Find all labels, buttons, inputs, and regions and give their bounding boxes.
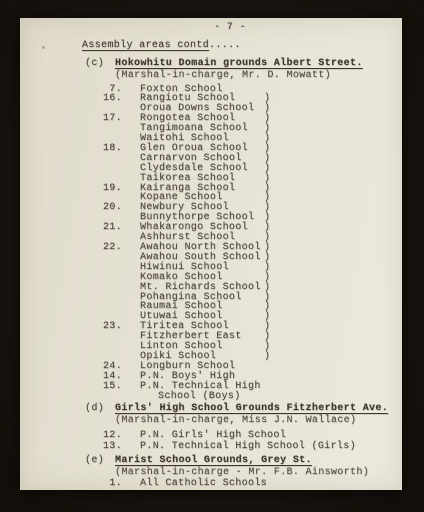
school-row: Komako School) [20, 272, 402, 282]
school-list: 12.P.N. Girls' High School13.P.N. Techni… [20, 430, 402, 452]
heading-trailing-dots: ..... [209, 40, 241, 51]
row-number: 12. [20, 430, 122, 441]
school-name: All Catholic Schools [140, 478, 267, 489]
heading-underlined-text: Assembly areas contd [82, 40, 209, 51]
school-row: Taikorea School) [20, 173, 402, 183]
school-row: 20.Newbury School) [20, 202, 402, 212]
school-row: 21.Whakarongo School) [20, 222, 402, 232]
school-row: Raumai School) [20, 301, 402, 311]
school-row: School (Boys) [20, 391, 402, 401]
school-row: 15.P.N. Technical High [20, 381, 402, 391]
school-row: Waitohi School) [20, 133, 402, 143]
school-row: 12.P.N. Girls' High School [20, 430, 402, 441]
school-list: 1.All Catholic Schools [20, 478, 402, 489]
school-row: Carnarvon School) [20, 153, 402, 163]
section-label: (c) [85, 58, 104, 69]
school-row: Pohangina School) [20, 292, 402, 302]
row-number: 1. [20, 478, 122, 489]
school-row: 1.All Catholic Schools [20, 478, 402, 489]
school-row: Awahou South School) [20, 252, 402, 262]
section-title: Marist School Grounds, Grey St. [115, 455, 312, 466]
section-label: (e) [85, 455, 104, 466]
school-row: 22.Awahou North School) [20, 242, 402, 252]
section-title: Hokowhitu Domain grounds Albert Street. [115, 58, 363, 69]
school-row: 19.Kairanga School) [20, 183, 402, 193]
school-row: 24.Longburn School [20, 361, 402, 371]
school-row: Tangimoana School) [20, 123, 402, 133]
marshal-line: (Marshal-in-charge - Mr. F.B. Ainsworth) [115, 467, 369, 478]
school-list: 7.Foxton School16.Rangiotu School)Oroua … [20, 84, 402, 401]
school-row: Fitzherbert East) [20, 331, 402, 341]
school-row: Mt. Richards School) [20, 282, 402, 292]
school-name: P.N. Technical High School (Girls) [140, 441, 356, 452]
school-row: Bunnythorpe School) [20, 212, 402, 222]
row-number: 13. [20, 441, 122, 452]
school-row: 23.Tiritea School) [20, 321, 402, 331]
school-row: Kopane School) [20, 192, 402, 202]
school-row: Clydesdale School) [20, 163, 402, 173]
school-row: 13.P.N. Technical High School (Girls) [20, 441, 402, 452]
document-page: - 7 - Assembly areas contd..... (c) Hoko… [20, 18, 402, 490]
marshal-line: (Marshal-in-charge, Miss J.N. Wallace) [115, 415, 356, 426]
section-label: (d) [85, 403, 104, 414]
document-heading: Assembly areas contd..... [82, 40, 241, 51]
marshal-line: (Marshal-in-charge, Mr. D. Mowatt) [115, 70, 331, 81]
school-row: Hiwinui School) [20, 262, 402, 272]
school-row: Utuwai School) [20, 311, 402, 321]
school-row: 14.P.N. Boys' High [20, 371, 402, 381]
section-title: Girls' High School Grounds Fitzherbert A… [115, 403, 388, 414]
school-row: Opiki School) [20, 351, 402, 361]
school-row: 17.Rongotea School) [20, 113, 402, 123]
paper-speck [42, 46, 45, 49]
school-row: Oroua Downs School) [20, 103, 402, 113]
school-name: P.N. Girls' High School [140, 430, 286, 441]
school-row: 16.Rangiotu School) [20, 93, 402, 103]
school-row: Ashhurst School) [20, 232, 402, 242]
page-number: - 7 - [190, 22, 270, 33]
school-row: 18.Glen Oroua School) [20, 143, 402, 153]
school-row: 7.Foxton School [20, 84, 402, 94]
school-name: School (Boys) [158, 391, 241, 402]
school-row: Linton School) [20, 341, 402, 351]
scan-background: { "page": { "number_label": "- 7 -", "he… [0, 0, 424, 512]
